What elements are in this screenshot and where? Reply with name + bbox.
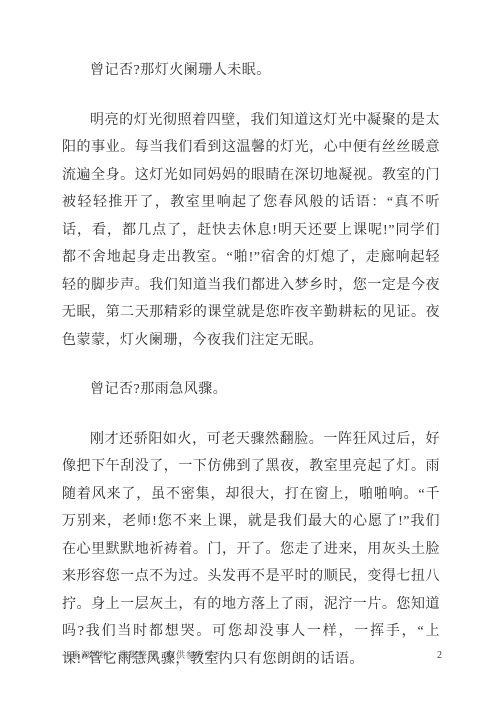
document-body: 曾记否?那灯火阑珊人未眠。 明亮的灯光彻照着四壁，我们知道这灯光中凝聚的是太阳的… (62, 57, 440, 695)
paragraph: 明亮的灯光彻照着四壁，我们知道这灯光中凝聚的是太阳的事业。每当我们看到这温馨的灯… (62, 107, 440, 355)
paragraph: 刚才还骄阳如火，可老天骤然翻脸。一阵狂风过后，好像把下午刮没了，一下仿佛到了黑夜… (62, 426, 440, 674)
page-footer: —来源网络，搜集整理，仅供参考学习 2 (62, 648, 442, 661)
document-page: 曾记否?那灯火阑珊人未眠。 明亮的灯光彻照着四壁，我们知道这灯光中凝聚的是太阳的… (0, 0, 500, 707)
paragraph: 曾记否?那雨急风骤。 (62, 376, 440, 404)
page-number: 2 (437, 650, 442, 661)
paragraph: 曾记否?那灯火阑珊人未眠。 (62, 57, 440, 85)
source-note: —来源网络，搜集整理，仅供参考学习 (62, 648, 224, 661)
